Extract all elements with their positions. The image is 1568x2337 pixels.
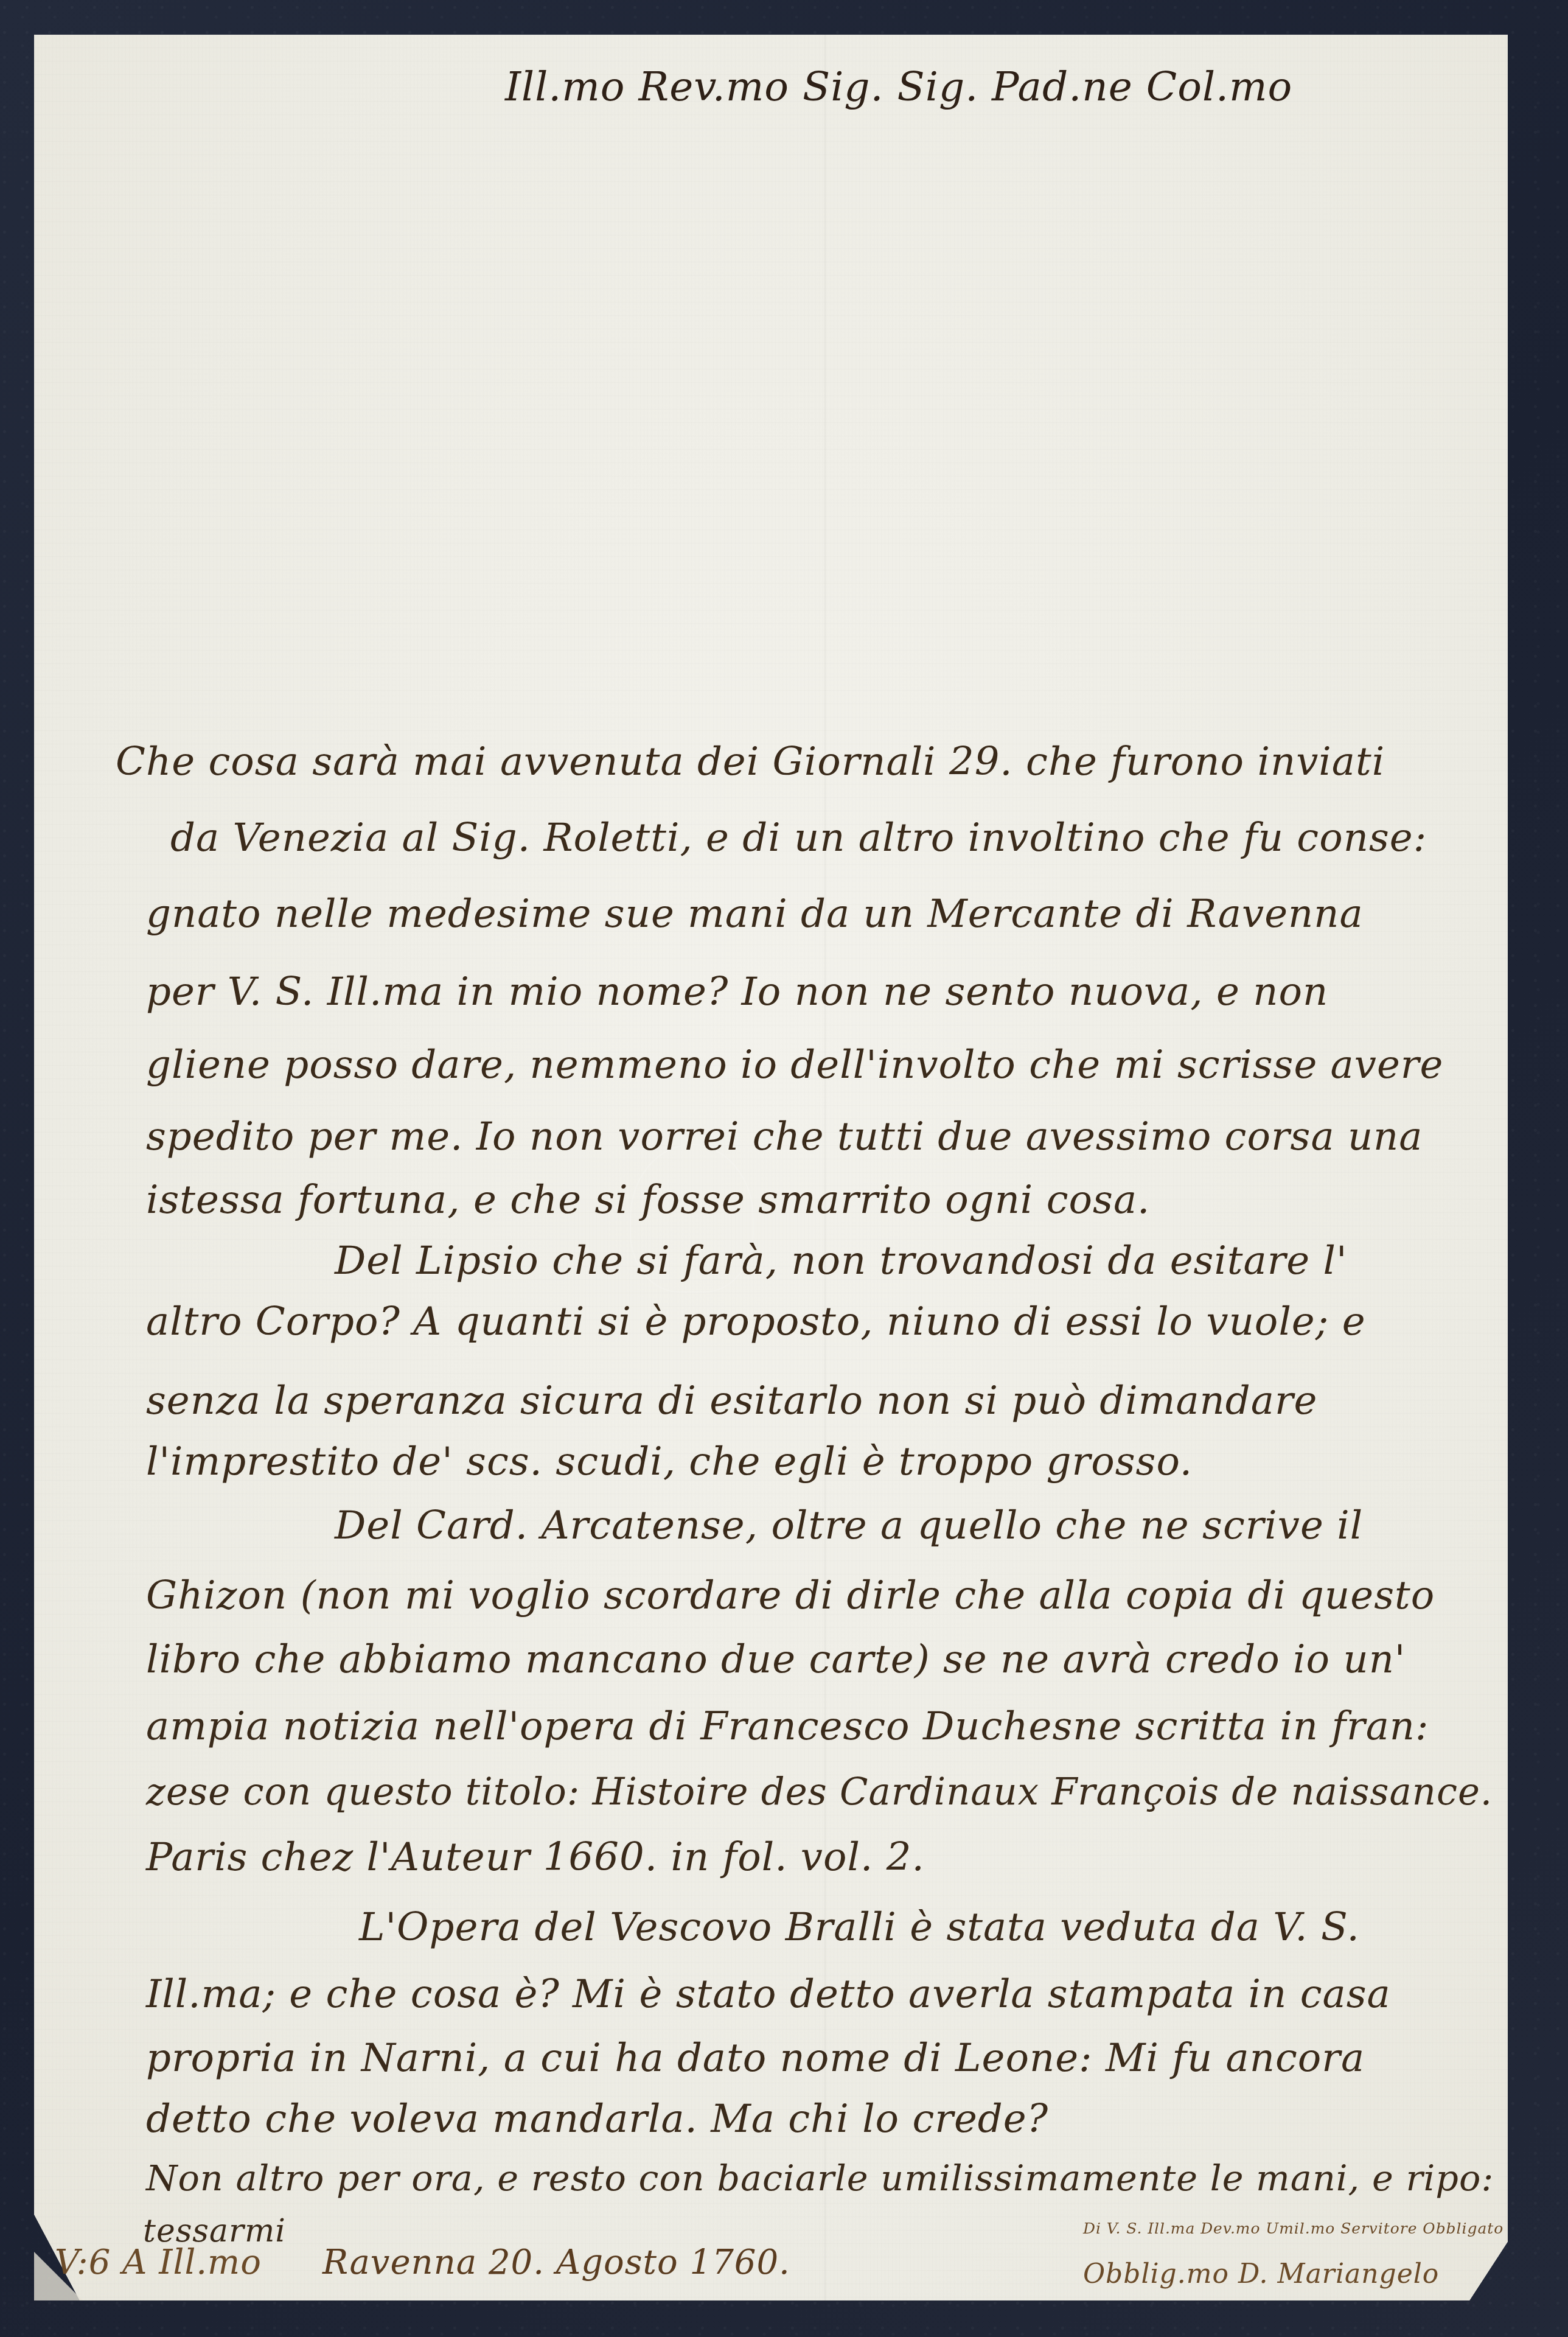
body-line: libro che abbiamo mancano due carte) se … [146,1640,1406,1679]
body-line: Del Lipsio che si farà, non trovandosi d… [335,1242,1348,1280]
body-line: da Venezia al Sig. Roletti, e di un altr… [170,819,1427,858]
body-line: zese con questo titolo: Histoire des Car… [146,1774,1493,1811]
body-line: altro Corpo? A quanti si è proposto, niu… [146,1302,1366,1341]
signature-line-2: Obblig.mo D. Mariangelo [1083,2261,1439,2288]
body-line: istessa fortuna, e che si fosse smarrito… [146,1181,1150,1220]
body-line: Non altro per ora, e resto con baciarle … [146,2161,1494,2196]
left-margin-note: V:6 A Ill.mo [55,2246,262,2280]
body-line: senza la speranza sicura di esitarlo non… [146,1382,1317,1420]
body-line: propria in Narni, a cui ha dato nome di … [146,2039,1365,2078]
paper-fold-line [824,35,826,2300]
body-line: per V. S. Ill.ma in mio nome? Io non ne … [146,973,1328,1011]
body-line: Paris chez l'Auteur 1660. in fol. vol. 2… [146,1838,925,1877]
body-line: Che cosa sarà mai avvenuta dei Giornali … [116,742,1385,781]
body-line: Ill.ma; e che cosa è? Mi è stato detto a… [146,1975,1391,2014]
body-line: ampia notizia nell'opera di Francesco Du… [146,1707,1429,1746]
body-line: Ghizon (non mi voglio scordare di dirle … [146,1576,1435,1615]
body-line: spedito per me. Io non vorrei che tutti … [146,1117,1423,1156]
body-line: detto che voleva mandarla. Ma chi lo cre… [146,2100,1048,2139]
body-line: gnato nelle medesime sue mani da un Merc… [146,895,1364,934]
body-line: gliene posso dare, nemmeno io dell'invol… [146,1046,1443,1085]
letter-paper [34,35,1508,2300]
place-and-date: Ravenna 20. Agosto 1760. [322,2246,790,2280]
salutation: Ill.mo Rev.mo Sig. Sig. Pad.ne Col.mo [505,67,1292,107]
body-line: L'Opera del Vescovo Bralli è stata vedut… [359,1908,1360,1947]
body-line: Del Card. Arcatense, oltre a quello che … [335,1506,1363,1545]
body-line: l'imprestito de' scs. scudi, che egli è … [146,1442,1193,1481]
signature-line-1: Di V. S. Ill.ma Dev.mo Umil.mo Servitore… [1083,2221,1504,2237]
